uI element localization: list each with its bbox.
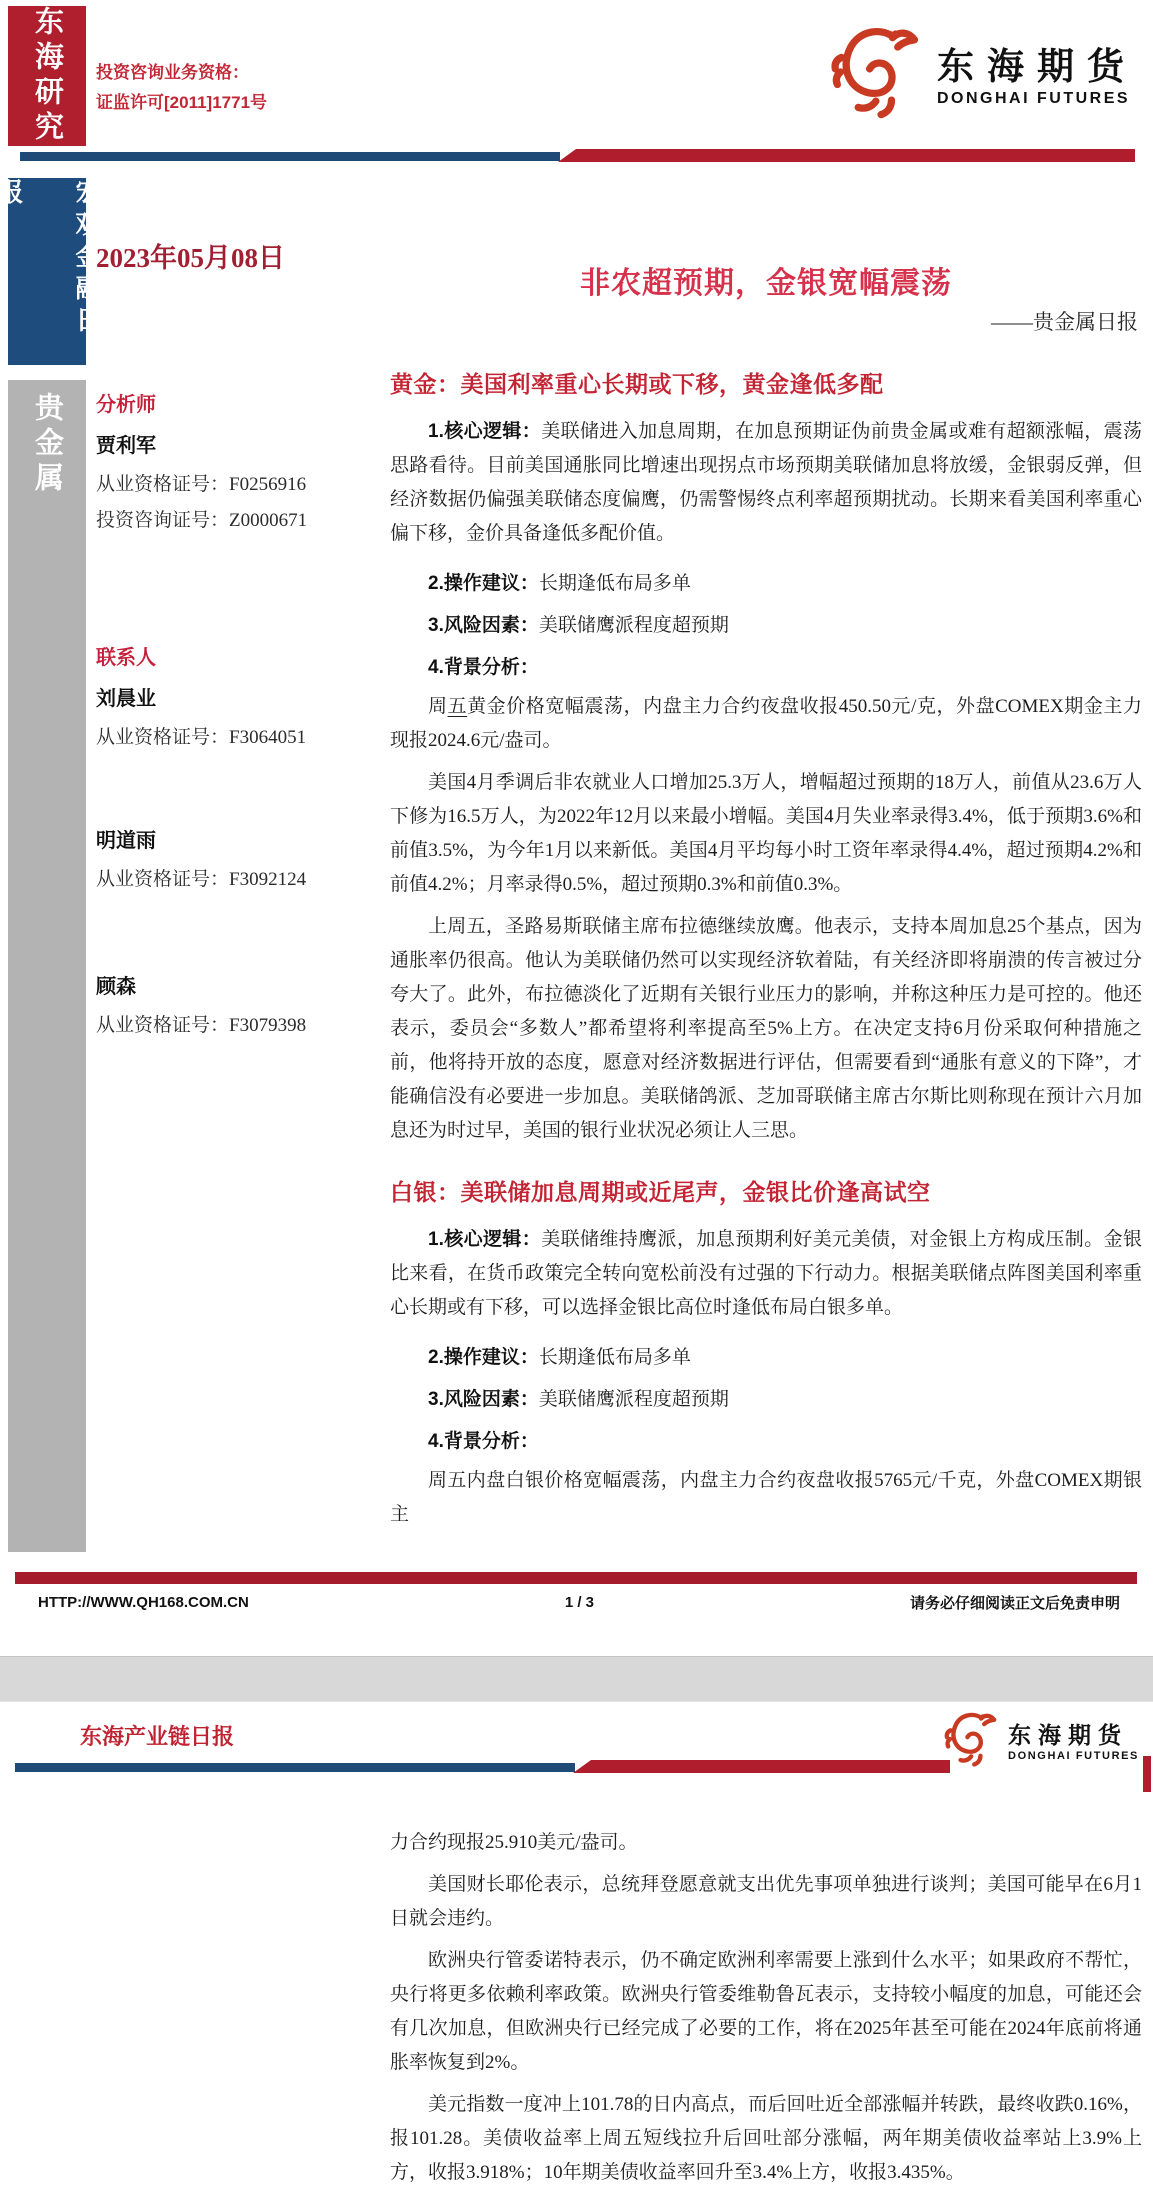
license-block: 投资咨询业务资格： 证监许可[2011]1771号 bbox=[96, 58, 267, 118]
analyst-cert-1: 从业资格证号：F0256916 bbox=[96, 469, 386, 496]
analysts-panel: 分析师 贾利军 从业资格证号：F0256916 投资咨询证号：Z0000671 … bbox=[96, 388, 386, 1046]
divider-blue-segment bbox=[20, 152, 560, 161]
gold-section-heading: 黄金：美国利率重心长期或下移，黄金逢低多配 bbox=[390, 366, 1142, 399]
divider-blue-segment bbox=[15, 1763, 575, 1772]
category-banner: 贵金属 bbox=[8, 380, 86, 1552]
footer-rule bbox=[15, 1572, 1137, 1584]
footer-url: HTTP://WWW.QH168.COM.CN bbox=[38, 1594, 249, 1611]
spacer bbox=[96, 541, 386, 641]
advice-text: 长期逢低布局多单 bbox=[539, 573, 691, 594]
contact-name: 刘晨业 bbox=[96, 682, 386, 711]
logo-cn-text: 东海期货 bbox=[937, 36, 1137, 90]
text-run: 黄金价格宽幅震荡，内盘主力合约夜盘收报450.50元/克，外盘COMEX期金主力… bbox=[390, 696, 1142, 751]
gold-background-para-1: 周五黄金价格宽幅震荡，内盘主力合约夜盘收报450.50元/克，外盘COMEX期金… bbox=[390, 690, 1142, 758]
report-type-banner: 宏观金融日报 bbox=[8, 178, 86, 365]
contact-cert: 从业资格证号：F3079398 bbox=[96, 1010, 386, 1037]
contact-name: 明道雨 bbox=[96, 824, 386, 853]
report-title: 非农超预期，金银宽幅震荡 bbox=[390, 258, 1142, 302]
risk-text: 美联储鹰派程度超预期 bbox=[539, 615, 729, 636]
page2-header-divider bbox=[15, 1760, 950, 1774]
analyst-cert-2: 投资咨询证号：Z0000671 bbox=[96, 505, 386, 532]
page2-header-title: 东海产业链日报 bbox=[80, 1720, 234, 1751]
core-logic-label: 1.核心逻辑： bbox=[428, 1229, 541, 1250]
page-number: 1 / 3 bbox=[249, 1594, 910, 1611]
category-label: 贵金属 bbox=[8, 392, 86, 497]
contact-cert: 从业资格证号：F3064051 bbox=[96, 722, 386, 749]
risk-text: 美联储鹰派程度超预期 bbox=[539, 1389, 729, 1410]
silver-background-para-1: 周五内盘白银价格宽幅震荡，内盘主力合约夜盘收报5765元/千克，外盘COMEX期… bbox=[390, 1464, 1142, 1532]
research-banner-label: 东海研究 bbox=[8, 6, 86, 146]
report-subtitle: ——贵金属日报 bbox=[390, 306, 1138, 336]
dragon-logo-icon bbox=[942, 1708, 1004, 1770]
silver-section-heading: 白银：美联储加息周期或近尾声，金银比价逢高试空 bbox=[390, 1174, 1142, 1207]
research-banner: 东海研究 bbox=[8, 6, 86, 146]
gold-core-logic: 1.核心逻辑：美联储进入加息周期，在加息预期证伪前贵金属或难有超额涨幅，震荡思路… bbox=[390, 415, 1142, 551]
license-line1: 投资咨询业务资格： bbox=[96, 58, 267, 88]
gold-risk: 3.风险因素：美联储鹰派程度超预期 bbox=[390, 609, 1142, 643]
gold-background-para-3: 上周五，圣路易斯联储主席布拉德继续放鹰。他表示，支持本周加息25个基点，因为通胀… bbox=[390, 910, 1142, 1148]
silver-core-logic: 1.核心逻辑：美联储维持鹰派，加息预期利好美元美债，对金银上方构成压制。金银比来… bbox=[390, 1223, 1142, 1325]
advice-text: 长期逢低布局多单 bbox=[539, 1347, 691, 1368]
report-document: { "colors":{ "brand_red":"#b01f2e","divi… bbox=[0, 0, 1153, 2208]
spacer bbox=[96, 900, 386, 970]
silver-risk: 3.风险因素：美联储鹰派程度超预期 bbox=[390, 1383, 1142, 1417]
underlined-run: 五 bbox=[448, 696, 468, 717]
company-logo: 东海期货 DONGHAI FUTURES bbox=[827, 20, 1137, 124]
analyst-name: 贾利军 bbox=[96, 429, 386, 458]
text-run: 周 bbox=[428, 696, 448, 717]
header-divider bbox=[20, 149, 1135, 163]
advice-label: 2.操作建议： bbox=[428, 573, 539, 594]
risk-label: 3.风险因素： bbox=[428, 615, 539, 636]
contact-name: 顾森 bbox=[96, 970, 386, 999]
logo-cn-text: 东海期货 bbox=[1008, 1717, 1139, 1750]
license-line2: 证监许可[2011]1771号 bbox=[96, 88, 267, 118]
background-label: 4.背景分析： bbox=[428, 657, 539, 678]
company-logo: 东海期货 DONGHAI FUTURES bbox=[942, 1708, 1139, 1770]
spacer bbox=[96, 758, 386, 824]
body-para: 欧洲央行管委诺特表示，仍不确定欧洲利率需要上涨到什么水平；如果政府不帮忙，央行将… bbox=[390, 1944, 1142, 2080]
gold-background-para-2: 美国4月季调后非农就业人口增加25.3万人，增幅超过预期的18万人，前值从23.… bbox=[390, 766, 1142, 902]
page-separator bbox=[0, 1656, 1153, 1702]
footer-disclaimer: 请务必仔细阅读正文后免责申明 bbox=[910, 1592, 1120, 1613]
divider-red-segment bbox=[573, 1760, 950, 1773]
logo-en-text: DONGHAI FUTURES bbox=[937, 90, 1137, 108]
divider-red-segment bbox=[558, 149, 1135, 162]
footer: HTTP://WWW.QH168.COM.CN 1 / 3 请务必仔细阅读正文后… bbox=[38, 1592, 1120, 1613]
contact-section-label: 联系人 bbox=[96, 641, 386, 670]
page1-main-content: 黄金：美国利率重心长期或下移，黄金逢低多配 1.核心逻辑：美联储进入加息周期，在… bbox=[390, 366, 1142, 1541]
divider-end-tick bbox=[1143, 1756, 1151, 1792]
background-label: 4.背景分析： bbox=[428, 1431, 539, 1452]
risk-label: 3.风险因素： bbox=[428, 1389, 539, 1410]
body-para: 美国财长耶伦表示，总统拜登愿意就支出优先事项单独进行谈判；美国可能早在6月1日就… bbox=[390, 1868, 1142, 1936]
silver-advice: 2.操作建议：长期逢低布局多单 bbox=[390, 1341, 1142, 1375]
continuation-para: 力合约现报25.910美元/盎司。 bbox=[390, 1826, 1142, 1860]
analyst-section-label: 分析师 bbox=[96, 388, 386, 417]
silver-background-label: 4.背景分析： bbox=[390, 1425, 1142, 1459]
contact-cert: 从业资格证号：F3092124 bbox=[96, 864, 386, 891]
core-logic-label: 1.核心逻辑： bbox=[428, 421, 541, 442]
advice-label: 2.操作建议： bbox=[428, 1347, 539, 1368]
gold-advice: 2.操作建议：长期逢低布局多单 bbox=[390, 567, 1142, 601]
logo-en-text: DONGHAI FUTURES bbox=[1008, 1750, 1139, 1762]
report-date: 2023年05月08日 bbox=[96, 236, 285, 275]
body-para: 美元指数一度冲上101.78的日内高点，而后回吐近全部涨幅并转跌，最终收跌0.1… bbox=[390, 2088, 1142, 2190]
gold-background-label: 4.背景分析： bbox=[390, 651, 1142, 685]
dragon-logo-icon bbox=[827, 20, 931, 124]
page2-main-content: 力合约现报25.910美元/盎司。 美国财长耶伦表示，总统拜登愿意就支出优先事项… bbox=[390, 1826, 1142, 2199]
